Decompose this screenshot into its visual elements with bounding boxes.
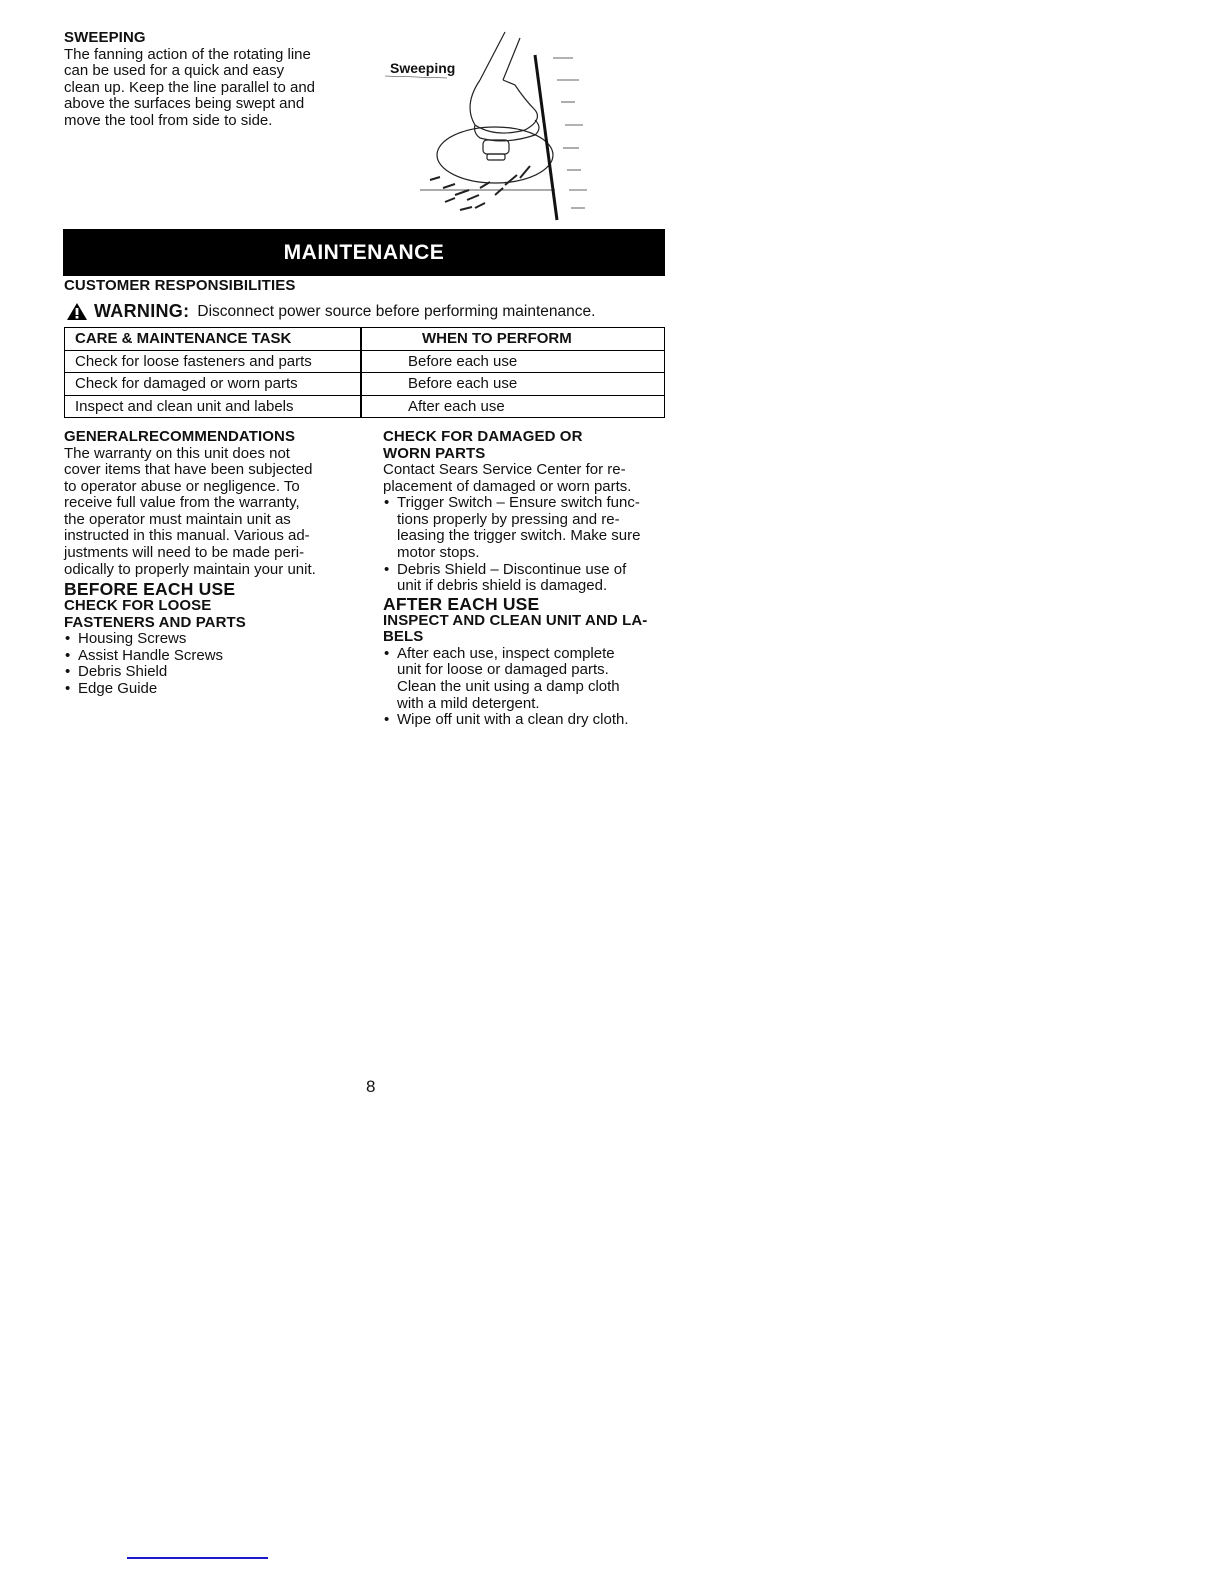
heading-line: INSPECT AND CLEAN UNIT AND LA-: [383, 613, 683, 630]
text-line: odically to properly maintain your unit.: [64, 562, 364, 579]
text-line: unit for loose or damaged parts.: [397, 662, 683, 679]
text-line: Wipe off unit with a clean dry cloth.: [397, 712, 683, 729]
when-cell: Before each use: [361, 350, 665, 373]
text-line: the operator must maintain unit as: [64, 512, 364, 529]
heading-line: CHECK FOR DAMAGED OR: [383, 429, 683, 446]
text-line: can be used for a quick and easy: [64, 63, 364, 80]
table-header-row: CARE & MAINTENANCE TASK WHEN TO PERFORM: [65, 328, 665, 351]
check-damaged-heading: CHECK FOR DAMAGED OR WORN PARTS: [383, 429, 683, 462]
sweeping-illustration: Sweeping: [385, 30, 595, 226]
text-line: Contact Sears Service Center for re-: [383, 462, 683, 479]
page-number: 8: [366, 1077, 375, 1097]
list-item: Housing Screws: [64, 631, 364, 648]
text-line: instructed in this manual. Various ad-: [64, 528, 364, 545]
table-row: Check for damaged or worn parts Before e…: [65, 373, 665, 396]
sweeping-heading: SWEEPING: [64, 30, 364, 47]
heading-line: WORN PARTS: [383, 446, 683, 463]
text-line: leasing the trigger switch. Make sure: [397, 528, 683, 545]
warning-text: Disconnect power source before performin…: [197, 303, 595, 321]
list-item: Trigger Switch – Ensure switch func- tio…: [383, 495, 683, 561]
text-line: above the surfaces being swept and: [64, 96, 364, 113]
check-loose-fasteners-heading: CHECK FOR LOOSE FASTENERS AND PARTS: [64, 598, 364, 631]
list-item: Edge Guide: [64, 681, 364, 698]
text-line: Trigger Switch – Ensure switch func-: [397, 495, 683, 512]
text-line: cover items that have been subjected: [64, 462, 364, 479]
when-cell: After each use: [361, 395, 665, 418]
after-use-list: After each use, inspect complete unit fo…: [383, 646, 683, 729]
text-line: to operator abuse or negligence. To: [64, 479, 364, 496]
text-line: The fanning action of the rotating line: [64, 47, 364, 64]
maintenance-banner: MAINTENANCE: [63, 229, 665, 276]
text-line: Debris Shield – Discontinue use of: [397, 562, 683, 579]
text-line: clean up. Keep the line parallel to and: [64, 80, 364, 97]
text-line: The warranty on this unit does not: [64, 446, 364, 463]
list-item: Assist Handle Screws: [64, 648, 364, 665]
general-recommendations-heading: GENERALRECOMMENDATIONS: [64, 429, 364, 446]
link-underline[interactable]: [127, 1557, 268, 1559]
text-line: motor stops.: [397, 545, 683, 562]
check-damaged-body: Contact Sears Service Center for re- pla…: [383, 462, 683, 495]
inspect-clean-heading: INSPECT AND CLEAN UNIT AND LA- BELS: [383, 613, 683, 646]
sweeping-section: SWEEPING The fanning action of the rotat…: [64, 30, 364, 129]
when-cell: Before each use: [361, 373, 665, 396]
text-line: placement of damaged or worn parts.: [383, 479, 683, 496]
right-column: CHECK FOR DAMAGED OR WORN PARTS Contact …: [383, 429, 683, 729]
before-each-use-heading: BEFORE EACH USE: [64, 580, 364, 598]
damaged-parts-list: Trigger Switch – Ensure switch func- tio…: [383, 495, 683, 595]
task-cell: Inspect and clean unit and labels: [65, 395, 362, 418]
heading-line: FASTENERS AND PARTS: [64, 615, 364, 632]
table-row: Check for loose fasteners and parts Befo…: [65, 350, 665, 373]
column-header-when: WHEN TO PERFORM: [361, 328, 665, 351]
fasteners-list: Housing Screws Assist Handle Screws Debr…: [64, 631, 364, 697]
text-line: move the tool from side to side.: [64, 113, 364, 130]
text-line: unit if debris shield is damaged.: [397, 578, 683, 595]
text-line: receive full value from the warranty,: [64, 495, 364, 512]
customer-responsibilities-heading: CUSTOMER RESPONSIBILITIES: [64, 278, 295, 295]
warning-label: WARNING:: [94, 301, 189, 322]
warning-notice: WARNING: Disconnect power source before …: [66, 301, 595, 322]
text-line: justments will need to be made peri-: [64, 545, 364, 562]
text-line: After each use, inspect complete: [397, 646, 683, 663]
maintenance-schedule-table: CARE & MAINTENANCE TASK WHEN TO PERFORM …: [64, 327, 665, 418]
column-header-task: CARE & MAINTENANCE TASK: [65, 328, 362, 351]
general-recommendations-body: The warranty on this unit does not cover…: [64, 446, 364, 579]
text-line: tions properly by pressing and re-: [397, 512, 683, 529]
heading-line: CHECK FOR LOOSE: [64, 598, 364, 615]
list-item: Debris Shield – Discontinue use of unit …: [383, 562, 683, 595]
sweeping-body: The fanning action of the rotating line …: [64, 47, 364, 130]
heading-line: BELS: [383, 629, 683, 646]
list-item: Wipe off unit with a clean dry cloth.: [383, 712, 683, 729]
table-row: Inspect and clean unit and labels After …: [65, 395, 665, 418]
list-item: After each use, inspect complete unit fo…: [383, 646, 683, 712]
left-column: GENERALRECOMMENDATIONS The warranty on t…: [64, 429, 364, 698]
text-line: Clean the unit using a damp cloth: [397, 679, 683, 696]
task-cell: Check for loose fasteners and parts: [65, 350, 362, 373]
task-cell: Check for damaged or worn parts: [65, 373, 362, 396]
list-item: Debris Shield: [64, 664, 364, 681]
trimmer-sweeping-icon: [385, 30, 595, 226]
text-line: with a mild detergent.: [397, 696, 683, 713]
warning-triangle-icon: [66, 302, 88, 321]
after-each-use-heading: AFTER EACH USE: [383, 595, 683, 613]
